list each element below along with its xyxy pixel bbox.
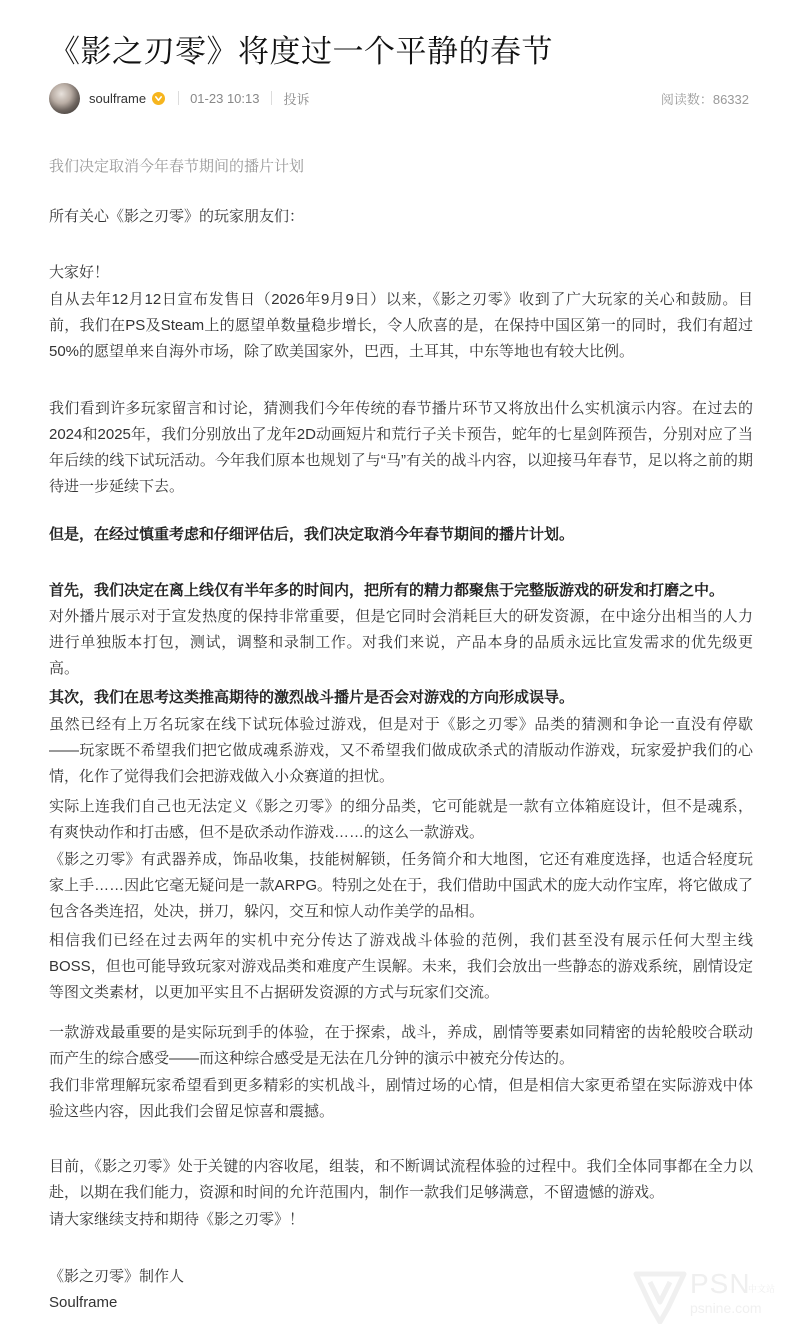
divider xyxy=(178,91,179,105)
avatar[interactable] xyxy=(49,83,80,114)
paragraph: 所有关心《影之刃零》的玩家朋友们： xyxy=(49,204,753,230)
paragraph: 请大家继续支持和期待《影之刃零》！ xyxy=(49,1207,753,1233)
verified-badge-icon xyxy=(152,92,165,105)
divider xyxy=(271,91,272,105)
paragraph: 大家好！ xyxy=(49,260,753,286)
paragraph: 《影之刃零》有武器养成，饰品收集，技能树解锁，任务简介和大地图，它还有难度选择，… xyxy=(49,847,753,925)
paragraph: 对外播片展示对于宣发热度的保持非常重要，但是它同时会消耗巨大的研发资源，在中途分… xyxy=(49,604,753,682)
paragraph-bold: 但是，在经过慎重考虑和仔细评估后，我们决定取消今年春节期间的播片计划。 xyxy=(49,522,753,548)
paragraph: 虽然已经有上万名玩家在线下试玩体验过游戏，但是对于《影之刃零》品类的猜测和争论一… xyxy=(49,712,753,790)
read-count-value: 86332 xyxy=(713,92,749,107)
paragraph: 相信我们已经在过去两年的实机中充分传达了游戏战斗体验的范例，我们甚至没有展示任何… xyxy=(49,928,753,1006)
paragraph: 目前，《影之刃零》处于关键的内容收尾，组装，和不断调试流程体验的过程中。我们全体… xyxy=(49,1154,753,1206)
article-subtitle: 我们决定取消今年春节期间的播片计划 xyxy=(49,154,304,180)
read-count: 阅读数：86332 xyxy=(661,89,749,108)
paragraph-bold: 其次，我们在思考这类推高期待的激烈战斗播片是否会对游戏的方向形成误导。 xyxy=(49,685,753,711)
watermark-brand: PSN xyxy=(690,1268,751,1300)
paragraph: 我们看到许多玩家留言和讨论，猜测我们今年传统的春节播片环节又将放出什么实机演示内… xyxy=(49,396,753,500)
author-name[interactable]: soulframe xyxy=(89,91,146,106)
psnine-watermark: PSN 中文站 psnine.com xyxy=(630,1268,790,1324)
publish-time: 01-23 10:13 xyxy=(190,91,259,106)
article-title: 《影之刃零》将度过一个平静的春节 xyxy=(49,30,553,74)
article-meta: soulframe 01-23 10:13 投诉 阅读数：86332 xyxy=(49,82,749,114)
read-count-label: 阅读数： xyxy=(661,92,713,107)
paragraph: 我们非常理解玩家希望看到更多精彩的实机战斗，剧情过场的心情，但是相信大家更希望在… xyxy=(49,1073,753,1125)
paragraph: 实际上连我们自己也无法定义《影之刃零》的细分品类，它可能就是一款有立体箱庭设计，… xyxy=(49,794,753,846)
watermark-brand-suffix: 中文站 xyxy=(748,1282,775,1295)
report-link[interactable]: 投诉 xyxy=(283,89,309,108)
watermark-domain: psnine.com xyxy=(690,1300,762,1316)
paragraph: 自从去年12月12日宣布发售日（2026年9月9日）以来，《影之刃零》收到了广大… xyxy=(49,287,753,365)
paragraph: 一款游戏最重要的是实际玩到手的体验，在于探索，战斗，养成，剧情等要素如同精密的齿… xyxy=(49,1020,753,1072)
paragraph-bold: 首先，我们决定在离上线仅有半年多的时间内，把所有的精力都聚焦于完整版游戏的研发和… xyxy=(49,578,753,604)
